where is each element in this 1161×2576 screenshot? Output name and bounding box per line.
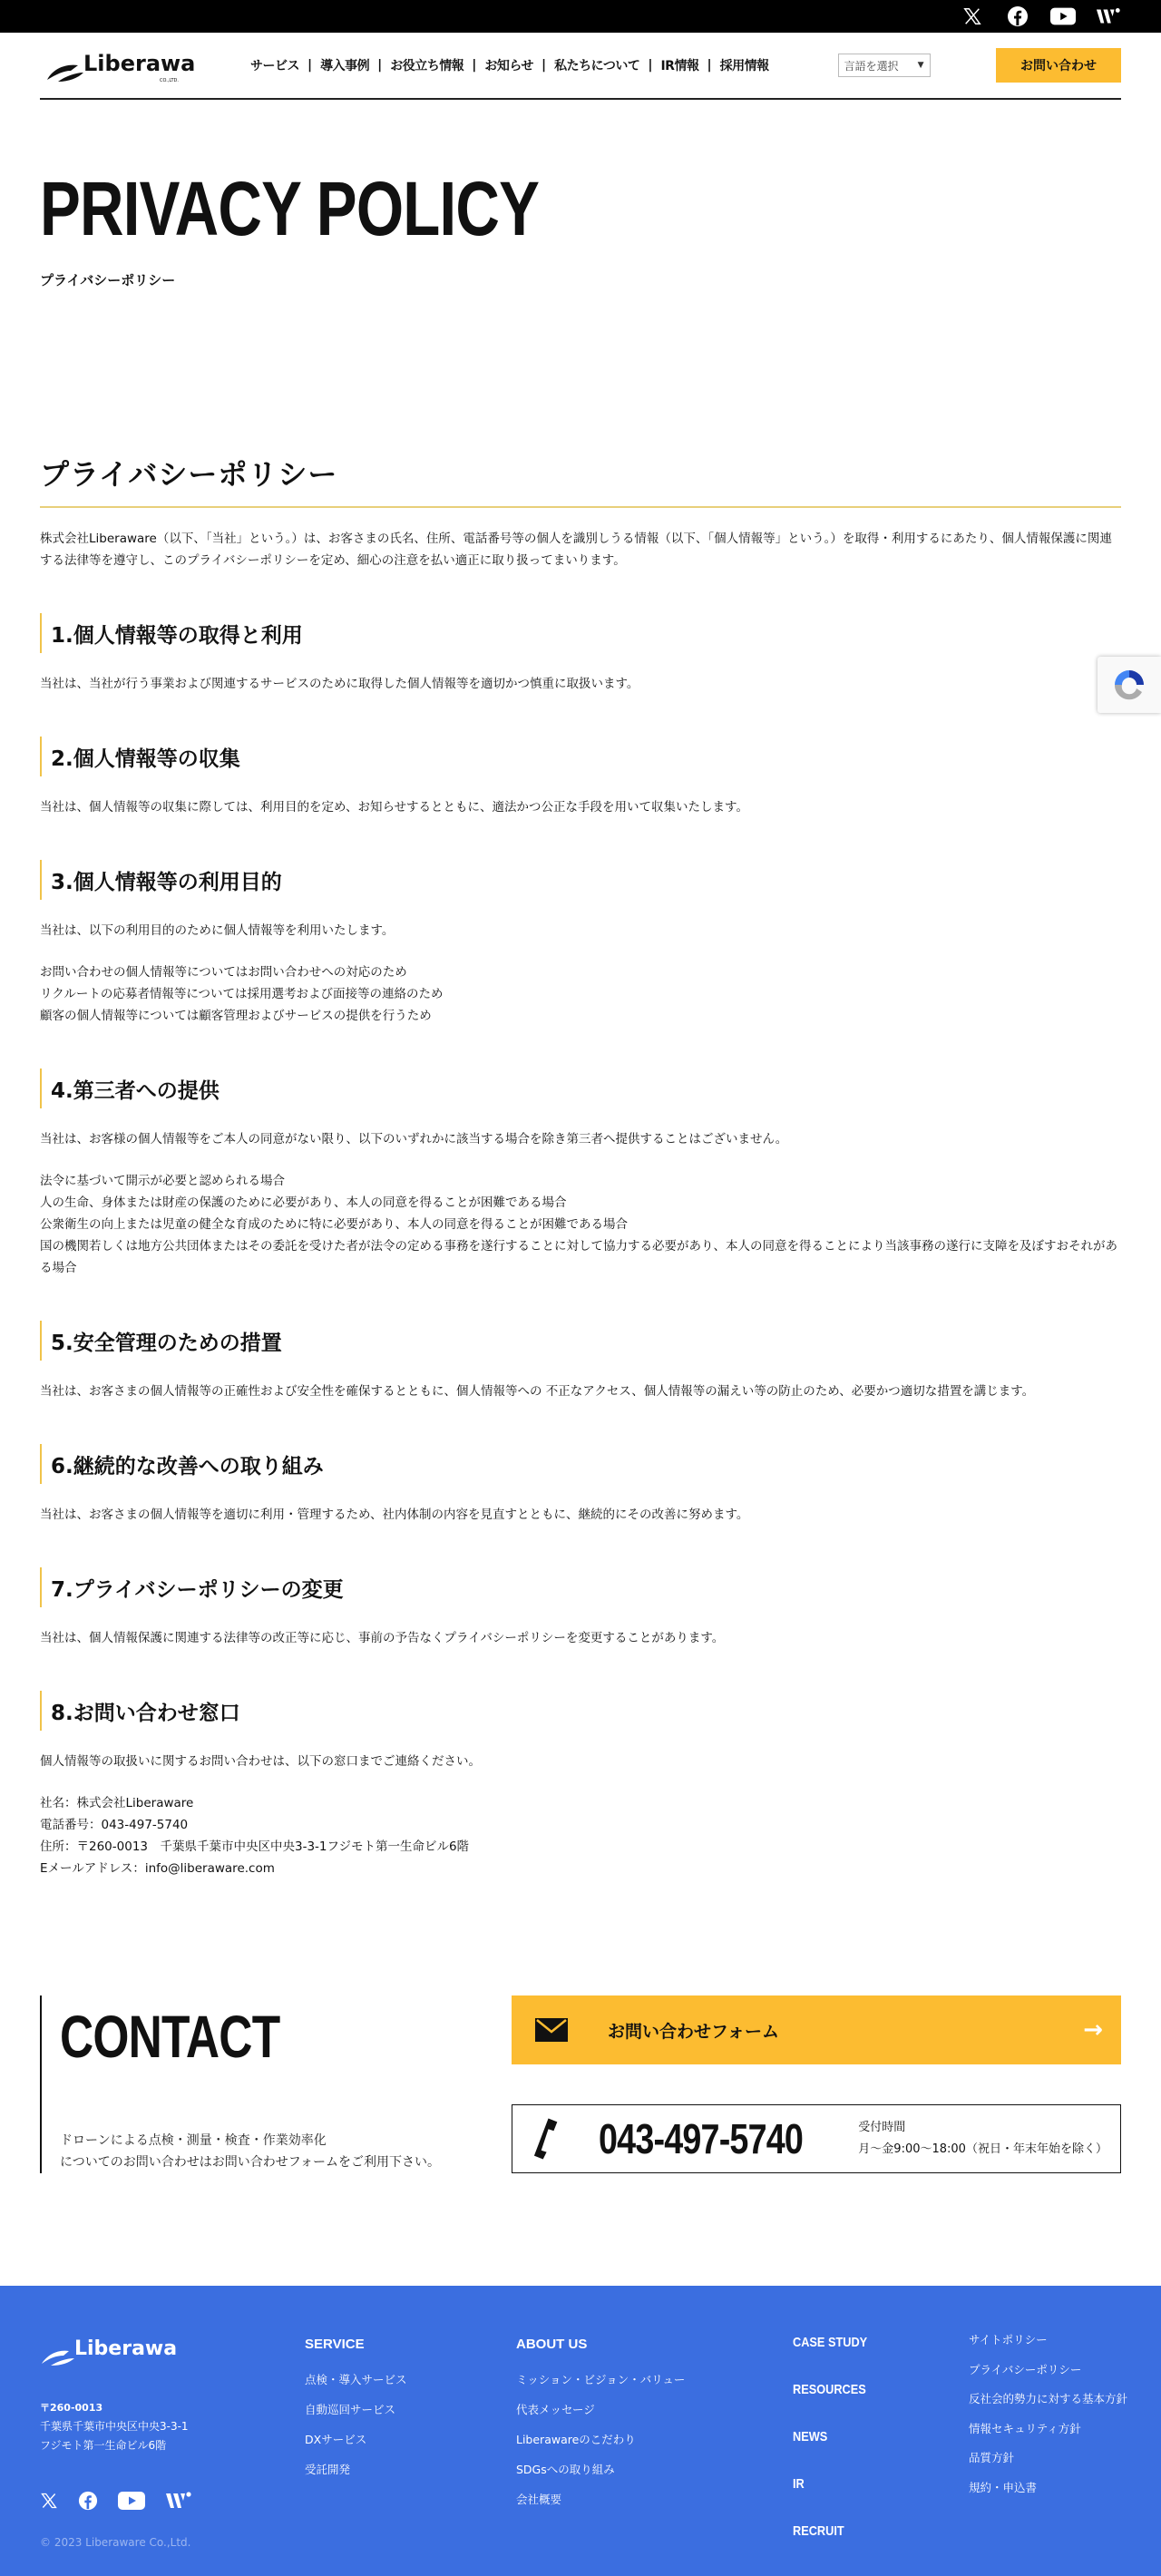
- section-title: 1.個人情報等の取得と利用: [40, 613, 1121, 653]
- contact-title: CONTACT: [60, 2006, 398, 2066]
- main-nav: サービス | 導入事例 | お役立ち情報 | お知らせ | 私たちについて | …: [250, 56, 777, 74]
- x-icon[interactable]: [960, 5, 985, 27]
- language-select[interactable]: 言語を選択 ▼: [838, 54, 931, 77]
- footer-link-antisocial-policy[interactable]: 反社会的勢力に対する基本方針: [969, 2385, 1127, 2415]
- hero-subtitle: プライバシーポリシー: [40, 270, 1121, 289]
- footer-link[interactable]: 会社概要: [516, 2484, 685, 2514]
- list-item: 公衆衛生の向上または児童の健全な育成のために特に必要があり、本人の同意を得ること…: [40, 1214, 1121, 1235]
- footer-link-privacy-policy[interactable]: プライバシーポリシー: [969, 2356, 1127, 2386]
- footer-link[interactable]: DXサービス: [305, 2425, 407, 2454]
- address: 住所：〒260-0013 千葉県千葉市中央区中央3-3-1フジモト第一生命ビル6…: [40, 1836, 1121, 1858]
- list-item: リクルートの応募者情報等については採用選考および面接等の連絡のため: [40, 983, 1121, 1005]
- chevron-down-icon: ▼: [918, 61, 924, 70]
- policy-section-7: 7.プライバシーポリシーの変更 当社は、個人情報保護に関連する法律等の改正等に応…: [40, 1567, 1121, 1649]
- address-line: 千葉県千葉市中央区中央3-3-1: [40, 2417, 189, 2436]
- copyright: © 2023 Liberaware Co.,Ltd.: [40, 2536, 190, 2549]
- youtube-icon[interactable]: [118, 2491, 145, 2514]
- footer-link-quality-policy[interactable]: 品質方針: [969, 2444, 1127, 2474]
- footer-link[interactable]: Liberawareのこだわり: [516, 2425, 685, 2454]
- policy-section-4: 4.第三者への提供 当社は、お客様の個人情報等をご本人の同意がない限り、以下のい…: [40, 1068, 1121, 1279]
- contact-actions: お問い合わせフォーム → 043-497-5740 受付時間 月〜金9:00〜1…: [512, 1995, 1121, 2173]
- footer-link[interactable]: 代表メッセージ: [516, 2395, 685, 2425]
- section-body: 当社は、お客さまの個人情報等を適切に利用・管理するため、社内体制の内容を見直すと…: [40, 1504, 1121, 1526]
- site-header: Liberaware CO.,LTD. サービス | 導入事例 | お役立ち情報…: [40, 33, 1121, 100]
- section-title: 5.安全管理のための措置: [40, 1321, 1121, 1361]
- page-title: プライバシーポリシー: [40, 452, 1121, 508]
- email-address: Eメールアドレス：info@liberaware.com: [40, 1858, 1121, 1879]
- section-title: 6.継続的な改善への取り組み: [40, 1444, 1121, 1484]
- language-select-value: 言語を選択: [844, 58, 899, 73]
- intro-text: 株式会社Liberaware（以下、「当社」という。）は、お客さまの氏名、住所、…: [40, 528, 1121, 571]
- hero-title: PRIVACY POLICY: [40, 171, 905, 247]
- nav-item-about[interactable]: 私たちについて: [546, 56, 648, 74]
- policy-section-8: 8.お問い合わせ窓口 個人情報等の取扱いに関するお問い合わせは、以下の窓口までご…: [40, 1691, 1121, 1879]
- company-name: 社名：株式会社Liberaware: [40, 1792, 1121, 1814]
- contact-description: ドローンによる点検・測量・検査・作業効率化 についてのお問い合わせはお問い合わせ…: [60, 2130, 440, 2173]
- footer-link-terms[interactable]: 規約・申込書: [969, 2474, 1127, 2503]
- nav-item-ir[interactable]: IR情報: [652, 56, 707, 74]
- phone-box: 043-497-5740 受付時間 月〜金9:00〜18:00（祝日・年末年始を…: [512, 2104, 1121, 2173]
- section-body: 当社は、当社が行う事業および関連するサービスのために取得した個人情報等を適切かつ…: [40, 673, 1121, 695]
- facebook-icon[interactable]: [78, 2491, 98, 2514]
- section-body: 当社は、お客様の個人情報等をご本人の同意がない限り、以下のいずれかに該当する場合…: [40, 1128, 1121, 1150]
- section-body: 当社は、お客さまの個人情報等の正確性および安全性を確保するとともに、個人情報等へ…: [40, 1381, 1121, 1402]
- wantedly-icon[interactable]: [1096, 5, 1121, 27]
- section-body: 当社は、以下の利用目的のために個人情報等を利用いたします。: [40, 920, 1121, 942]
- top-social-bar: [0, 0, 1161, 33]
- footer-link-case-study[interactable]: CASE STUDY: [793, 2335, 867, 2382]
- footer-link[interactable]: ミッション・ビジョン・バリュー: [516, 2365, 685, 2395]
- footer-link[interactable]: 受託開発: [305, 2454, 407, 2484]
- liberaware-logo[interactable]: Liberaware CO.,LTD.: [44, 44, 198, 86]
- policy-section-6: 6.継続的な改善への取り組み 当社は、お客さまの個人情報等を適切に利用・管理する…: [40, 1444, 1121, 1526]
- footer-link[interactable]: 点検・導入サービス: [305, 2365, 407, 2395]
- footer-policy-links: サイトポリシー プライバシーポリシー 反社会的勢力に対する基本方針 情報セキュリ…: [969, 2326, 1127, 2503]
- section-title: 2.個人情報等の収集: [40, 737, 1121, 776]
- footer-link-site-policy[interactable]: サイトポリシー: [969, 2326, 1127, 2356]
- hours-label: 受付時間: [858, 2117, 1102, 2139]
- facebook-icon[interactable]: [1005, 5, 1030, 27]
- page-hero: PRIVACY POLICY プライバシーポリシー: [0, 100, 1161, 452]
- list-item: 法令に基づいて開示が必要と認められる場合: [40, 1170, 1121, 1192]
- footer-link[interactable]: SDGsへの取り組み: [516, 2454, 685, 2484]
- nav-item-news[interactable]: お知らせ: [476, 56, 541, 74]
- site-footer: Liberaware 〒260-0013 千葉県千葉市中央区中央3-3-1 フジ…: [0, 2286, 1161, 2576]
- footer-heading-service[interactable]: SERVICE: [305, 2337, 365, 2352]
- footer-heading-about[interactable]: ABOUT US: [516, 2337, 587, 2352]
- list-item: 人の生命、身体または財産の保護のために必要があり、本人の同意を得ることが困難であ…: [40, 1192, 1121, 1214]
- wantedly-icon[interactable]: [165, 2491, 192, 2514]
- phone-number: 電話番号：043-497-5740: [40, 1814, 1121, 1836]
- youtube-icon[interactable]: [1050, 5, 1076, 27]
- recaptcha-badge[interactable]: [1098, 657, 1161, 713]
- arrow-right-icon: →: [1083, 2016, 1103, 2044]
- address-line: フジモト第一生命ビル6階: [40, 2436, 189, 2455]
- footer-link-recruit[interactable]: RECRUIT: [793, 2523, 867, 2571]
- header-contact-button[interactable]: お問い合わせ: [996, 48, 1121, 83]
- section-body: 個人情報等の取扱いに関するお問い合わせは、以下の窓口までご連絡ください。: [40, 1751, 1121, 1772]
- x-icon[interactable]: [40, 2492, 58, 2513]
- contact-desc-line: についてのお問い合わせはお問い合わせフォームをご利用下さい。: [60, 2152, 440, 2173]
- section-title: 7.プライバシーポリシーの変更: [40, 1567, 1121, 1607]
- svg-text:Liberaware: Liberaware: [83, 51, 196, 76]
- contact-form-button[interactable]: お問い合わせフォーム →: [512, 1995, 1121, 2064]
- footer-link-resources[interactable]: RESOURCES: [793, 2382, 867, 2429]
- svg-text:CO.,LTD.: CO.,LTD.: [160, 78, 179, 83]
- section-title: 3.個人情報等の利用目的: [40, 860, 1121, 900]
- footer-main-links: CASE STUDY RESOURCES NEWS IR RECRUIT: [793, 2335, 881, 2571]
- list-item: 顧客の個人情報等については顧客管理およびサービスの提供を行うため: [40, 1005, 1121, 1027]
- nav-item-service[interactable]: サービス: [250, 56, 307, 74]
- footer-about-column: ABOUT US ミッション・ビジョン・バリュー 代表メッセージ Liberaw…: [516, 2335, 685, 2514]
- section-title: 8.お問い合わせ窓口: [40, 1691, 1121, 1731]
- business-hours: 受付時間 月〜金9:00〜18:00（祝日・年末年始を除く）: [858, 2117, 1102, 2161]
- list-item: 国の機関若しくは地方公共団体またはその委託を受けた者が法令の定める事務を遂行する…: [40, 1235, 1121, 1279]
- footer-social: [40, 2491, 192, 2514]
- footer-address: 〒260-0013 千葉県千葉市中央区中央3-3-1 フジモト第一生命ビル6階: [40, 2398, 189, 2455]
- mail-icon: [535, 2018, 568, 2042]
- purpose-list: お問い合わせの個人情報等についてはお問い合わせへの対応のため リクルートの応募者…: [40, 961, 1121, 1027]
- section-title: 4.第三者への提供: [40, 1068, 1121, 1108]
- hours-value: 月〜金9:00〜18:00（祝日・年末年始を除く）: [858, 2139, 1102, 2161]
- list-item: お問い合わせの個人情報等についてはお問い合わせへの対応のため: [40, 961, 1121, 983]
- nav-item-case-study[interactable]: 導入事例: [312, 56, 377, 74]
- phone-icon: [531, 2116, 559, 2161]
- policy-section-1: 1.個人情報等の取得と利用 当社は、当社が行う事業および関連するサービスのために…: [40, 613, 1121, 695]
- nav-item-recruit[interactable]: 採用情報: [712, 56, 777, 74]
- footer-link[interactable]: 自動巡回サービス: [305, 2395, 407, 2425]
- policy-section-5: 5.安全管理のための措置 当社は、お客さまの個人情報等の正確性および安全性を確保…: [40, 1321, 1121, 1402]
- policy-section-3: 3.個人情報等の利用目的 当社は、以下の利用目的のために個人情報等を利用いたしま…: [40, 860, 1121, 1027]
- footer-link-news[interactable]: NEWS: [793, 2429, 867, 2476]
- policy-content: プライバシーポリシー 株式会社Liberaware（以下、「当社」という。）は、…: [0, 452, 1161, 1879]
- footer-link-security-policy[interactable]: 情報セキュリティ方針: [969, 2415, 1127, 2444]
- contact-form-label: お問い合わせフォーム: [608, 2018, 779, 2043]
- footer-link-ir[interactable]: IR: [793, 2476, 867, 2523]
- postal-code: 〒260-0013: [40, 2398, 189, 2417]
- section-body: 当社は、個人情報保護に関連する法律等の改正等に応じ、事前の予告なくプライバシーポ…: [40, 1627, 1121, 1649]
- footer-service-column: SERVICE 点検・導入サービス 自動巡回サービス DXサービス 受託開発: [305, 2335, 407, 2484]
- section-body: 当社は、個人情報等の収集に際しては、利用目的を定め、お知らせするとともに、適法か…: [40, 796, 1121, 818]
- nav-item-resources[interactable]: お役立ち情報: [382, 56, 472, 74]
- footer-logo[interactable]: Liberaware: [40, 2333, 176, 2369]
- policy-section-2: 2.個人情報等の収集 当社は、個人情報等の収集に際しては、利用目的を定め、お知ら…: [40, 737, 1121, 818]
- exception-list: 法令に基づいて開示が必要と認められる場合 人の生命、身体または財産の保護のために…: [40, 1170, 1121, 1279]
- contact-details: 社名：株式会社Liberaware 電話番号：043-497-5740 住所：〒…: [40, 1792, 1121, 1879]
- phone-number-link[interactable]: 043-497-5740: [599, 2114, 770, 2163]
- svg-text:Liberaware: Liberaware: [74, 2337, 176, 2360]
- recaptcha-icon: [1111, 667, 1147, 703]
- contact-section: CONTACT ドローンによる点検・測量・検査・作業効率化 についてのお問い合わ…: [40, 1995, 1121, 2173]
- contact-desc-line: ドローンによる点検・測量・検査・作業効率化: [60, 2130, 440, 2152]
- contact-intro: CONTACT ドローンによる点検・測量・検査・作業効率化 についてのお問い合わ…: [40, 1995, 493, 2173]
